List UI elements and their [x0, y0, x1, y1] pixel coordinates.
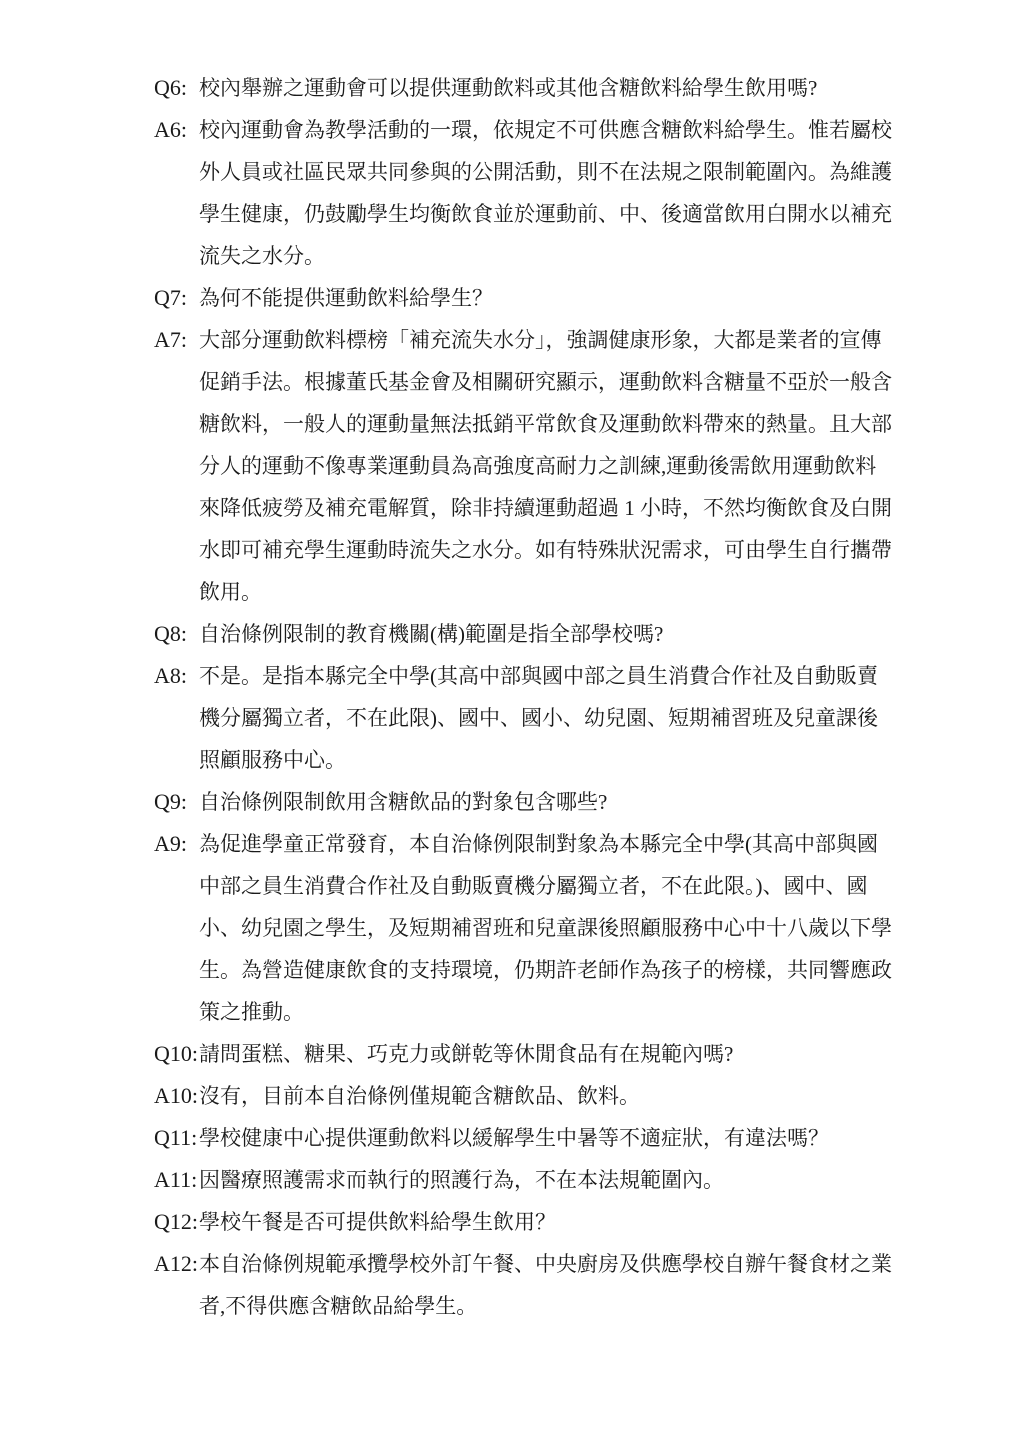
faq-item-q7: Q7: 為何不能提供運動飲料給學生？ [154, 277, 924, 319]
question-text: 自治條例限制飲用含糖飲品的對象包含哪些? [199, 781, 901, 823]
answer-label: A11: [154, 1159, 199, 1201]
answer-label: A7: [154, 319, 199, 361]
question-label: Q9: [154, 781, 199, 823]
faq-item-q11: Q11: 學校健康中心提供運動飲料以緩解學生中暑等不適症狀，有違法嗎？ [154, 1117, 924, 1159]
answer-text: 校內運動會為教學活動的一環，依規定不可供應含糖飲料給學生。惟若屬校 外人員或社區… [199, 109, 901, 277]
answer-text: 沒有，目前本自治條例僅規範含糖飲品、飲料。 [199, 1075, 901, 1117]
question-label: Q7: [154, 277, 199, 319]
answer-label: A10: [154, 1075, 199, 1117]
faq-item-q9: Q9: 自治條例限制飲用含糖飲品的對象包含哪些? [154, 781, 924, 823]
question-text: 校內舉辦之運動會可以提供運動飲料或其他含糖飲料給學生飲用嗎? [199, 67, 901, 109]
answer-label: A8: [154, 655, 199, 697]
faq-item-a10: A10: 沒有，目前本自治條例僅規範含糖飲品、飲料。 [154, 1075, 924, 1117]
answer-text: 不是。是指本縣完全中學(其高中部與國中部之員生消費合作社及自動販賣 機分屬獨立者… [199, 655, 901, 781]
answer-text: 為促進學童正常發育，本自治條例限制對象為本縣完全中學(其高中部與國 中部之員生消… [199, 823, 901, 1033]
answer-text: 因醫療照護需求而執行的照護行為，不在本法規範圍內。 [199, 1159, 901, 1201]
question-text: 請問蛋糕、糖果、巧克力或餅乾等休閒食品有在規範內嗎? [199, 1033, 901, 1075]
faq-document-page: Q6: 校內舉辦之運動會可以提供運動飲料或其他含糖飲料給學生飲用嗎? A6: 校… [0, 0, 1024, 1448]
question-label: Q12: [154, 1201, 199, 1243]
faq-item-a9: A9: 為促進學童正常發育，本自治條例限制對象為本縣完全中學(其高中部與國 中部… [154, 823, 924, 1033]
faq-item-q6: Q6: 校內舉辦之運動會可以提供運動飲料或其他含糖飲料給學生飲用嗎? [154, 67, 924, 109]
question-text: 學校健康中心提供運動飲料以緩解學生中暑等不適症狀，有違法嗎？ [199, 1117, 901, 1159]
answer-label: A12: [154, 1243, 199, 1285]
faq-item-a12: A12: 本自治條例規範承攬學校外訂午餐、中央廚房及供應學校自辦午餐食材之業 者… [154, 1243, 924, 1327]
question-label: Q8: [154, 613, 199, 655]
faq-item-q10: Q10: 請問蛋糕、糖果、巧克力或餅乾等休閒食品有在規範內嗎? [154, 1033, 924, 1075]
answer-text: 本自治條例規範承攬學校外訂午餐、中央廚房及供應學校自辦午餐食材之業 者,不得供應… [199, 1243, 901, 1327]
answer-text: 大部分運動飲料標榜「補充流失水分」，強調健康形象，大都是業者的宣傳 促銷手法。根… [199, 319, 901, 613]
faq-item-q8: Q8: 自治條例限制的教育機關(構)範圍是指全部學校嗎? [154, 613, 924, 655]
faq-item-a8: A8: 不是。是指本縣完全中學(其高中部與國中部之員生消費合作社及自動販賣 機分… [154, 655, 924, 781]
answer-label: A6: [154, 109, 199, 151]
question-label: Q11: [154, 1117, 199, 1159]
faq-item-a11: A11: 因醫療照護需求而執行的照護行為，不在本法規範圍內。 [154, 1159, 924, 1201]
question-label: Q6: [154, 67, 199, 109]
question-text: 自治條例限制的教育機關(構)範圍是指全部學校嗎? [199, 613, 901, 655]
question-label: Q10: [154, 1033, 199, 1075]
answer-label: A9: [154, 823, 199, 865]
question-text: 學校午餐是否可提供飲料給學生飲用？ [199, 1201, 901, 1243]
question-text: 為何不能提供運動飲料給學生？ [199, 277, 901, 319]
faq-item-a6: A6: 校內運動會為教學活動的一環，依規定不可供應含糖飲料給學生。惟若屬校 外人… [154, 109, 924, 277]
faq-item-a7: A7: 大部分運動飲料標榜「補充流失水分」，強調健康形象，大都是業者的宣傳 促銷… [154, 319, 924, 613]
faq-item-q12: Q12: 學校午餐是否可提供飲料給學生飲用？ [154, 1201, 924, 1243]
